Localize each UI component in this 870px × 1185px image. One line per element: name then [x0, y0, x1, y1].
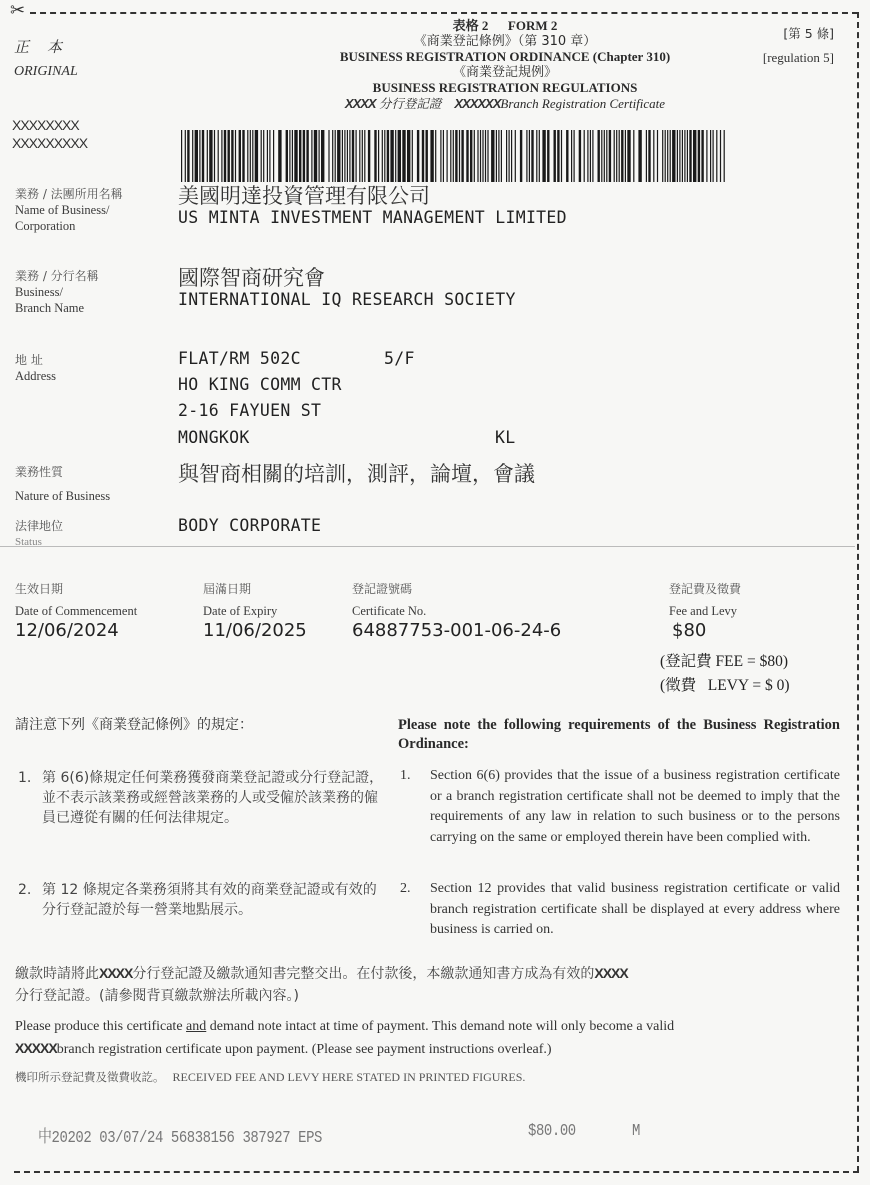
text: demand note intact at time of payment. T… [206, 1019, 677, 1034]
address-district: KL [495, 428, 515, 447]
certificate-number: 64887753-001-06-24-6 [352, 620, 561, 641]
note-number: 1. [400, 766, 411, 787]
certificate-type: XXXX 分行登記證 XXXXXXBranch Registration Cer… [280, 96, 730, 112]
label-en: Name of Business/ [15, 202, 123, 218]
branch-name-zh: 國際智商研究會 [178, 262, 325, 292]
label-zh: 地 址 [15, 352, 56, 368]
text: 分行登記證及繳款通知書完整交出。在付款後，本繳款通知書方成為有效的 [132, 966, 594, 982]
scissors-icon: ✂ [10, 0, 25, 20]
received-note: 機印所示登記費及徵費收訖。RECEIVED FEE AND LEVY HERE … [15, 1069, 525, 1085]
label-en: Business/ [15, 284, 99, 300]
cert-type-en: Branch Registration Certificate [500, 96, 665, 111]
form-header: 表格 2 FORM 2 《商業登記條例》（第 310 章） BUSINESS R… [280, 18, 730, 111]
label-en: Certificate No. [352, 600, 426, 622]
label-zh: 登記證號碼 [352, 578, 426, 600]
note-en-2: 2. Section 12 provides that valid busine… [400, 879, 840, 941]
address-line-1: FLAT/RM 502C [178, 349, 301, 368]
payment-note-en: Please produce this certificate and dema… [15, 1017, 845, 1060]
text: 繳款時請將此 [15, 966, 99, 982]
ordinance-zh: 《商業登記條例》（第 310 章） [280, 34, 730, 50]
branch-name-en: INTERNATIONAL IQ RESEARCH SOCIETY [178, 290, 516, 309]
note-text: Section 12 provides that valid business … [430, 879, 840, 941]
status-value: BODY CORPORATE [178, 516, 321, 535]
label-zh: 生效日期 [15, 578, 137, 600]
redacted-mark: XXXX [99, 965, 132, 981]
label-en: Address [15, 368, 56, 384]
note-zh-1: 1. 第 6(6)條規定任何業務獲發商業登記證或分行登記證，並不表示該業務或經營… [18, 768, 388, 828]
note-number: 2. [18, 880, 31, 900]
text-underlined: and [186, 1019, 206, 1034]
levy-line: (徵費 LEVY = $ 0) [660, 674, 790, 698]
label-en: Status [15, 534, 63, 550]
note-text: 第 6(6)條規定任何業務獲發商業登記證或分行登記證，並不表示該業務或經營該業務… [42, 768, 388, 828]
address-line-4: MONGKOK [178, 428, 250, 447]
receipt-stamp-code: 中20202 03/07/24 56838156 387927 EPS [38, 1122, 322, 1148]
regulations-zh: 《商業登記規例》 [280, 65, 730, 81]
redacted-mark: XXXX [345, 96, 376, 111]
copy-type-zh: 正本 [14, 36, 80, 57]
label-zh: 法律地位 [15, 518, 63, 534]
fee-total: $80 [672, 620, 706, 641]
fee-line: (登記費 FEE = $80) [660, 650, 790, 674]
note-text: 第 12 條規定各業務須將其有效的商業登記證或有效的分行登記證於每一營業地點展示… [42, 880, 388, 920]
section-divider [0, 546, 855, 547]
label-en: Date of Commencement [15, 600, 137, 622]
business-name-label: 業務 / 法團所用名稱 Name of Business/ Corporatio… [15, 186, 123, 234]
regulation-ref-en: [regulation 5] [763, 46, 834, 70]
fee-breakdown: (登記費 FEE = $80) (徵費 LEVY = $ 0) [660, 650, 790, 698]
commencement-label: 生效日期 Date of Commencement [15, 578, 137, 622]
redacted-code-2: XXXXXXXXX [12, 135, 87, 151]
redacted-mark: XXXX [594, 965, 627, 981]
cut-line-bottom [14, 1171, 859, 1173]
redacted-mark: XXXXX [15, 1040, 57, 1056]
note-zh-2: 2. 第 12 條規定各業務須將其有效的商業登記證或有效的分行登記證於每一營業地… [18, 880, 388, 920]
regulation-ref-zh: [第 5 條] [763, 22, 834, 46]
text: 分行登記證。(請參閱背頁繳款辦法所載內容。) [15, 988, 299, 1004]
commencement-date: 12/06/2024 [15, 620, 119, 641]
fee-label: 登記費及徵費 Fee and Levy [669, 578, 741, 622]
notes-heading-en: Please note the following requirements o… [398, 716, 840, 754]
redacted-mark: XXXXXX [454, 96, 500, 111]
label-zh: 業務性質 [15, 464, 110, 480]
barcode-icon [181, 130, 728, 182]
business-name-zh: 美國明達投資管理有限公司 [178, 180, 430, 210]
regulation-reference: [第 5 條] [regulation 5] [763, 22, 834, 70]
payment-note-zh: 繳款時請將此XXXX分行登記證及繳款通知書完整交出。在付款後，本繳款通知書方成為… [15, 962, 845, 1007]
cert-type-zh: 分行登記證 [379, 96, 442, 111]
expiry-label: 屆滿日期 Date of Expiry [203, 578, 277, 622]
text: Please produce this certificate [15, 1019, 186, 1034]
address-label: 地 址 Address [15, 352, 56, 384]
certificate-label: 登記證號碼 Certificate No. [352, 578, 426, 622]
note-number: 1. [18, 768, 31, 788]
cut-line-right [857, 12, 859, 1172]
label-en: Branch Name [15, 300, 99, 316]
redacted-code-1: XXXXXXXX [12, 117, 79, 133]
nature-of-business: 與智商相關的培訓，測評，論壇，會議 [178, 458, 535, 488]
copy-type-en: ORIGINAL [14, 64, 78, 80]
label-zh: 登記費及徵費 [669, 578, 741, 600]
label-en: Date of Expiry [203, 600, 277, 622]
address-line-2: HO KING COMM CTR [178, 375, 342, 394]
label-zh: 屆滿日期 [203, 578, 277, 600]
received-zh: 機印所示登記費及徵費收訖。 [15, 1070, 165, 1084]
note-text: Section 6(6) provides that the issue of … [430, 766, 840, 848]
notes-heading-zh: 請注意下列《商業登記條例》的規定： [15, 714, 253, 734]
note-number: 2. [400, 879, 411, 900]
form-number: 表格 2 FORM 2 [280, 18, 730, 34]
label-en: Corporation [15, 218, 123, 234]
address-line-3: 2-16 FAYUEN ST [178, 401, 321, 420]
expiry-date: 11/06/2025 [203, 620, 307, 641]
received-en: RECEIVED FEE AND LEVY HERE STATED IN PRI… [173, 1070, 526, 1084]
cut-line-top [30, 12, 858, 14]
ordinance-en: BUSINESS REGISTRATION ORDINANCE (Chapter… [280, 49, 730, 65]
nature-label: 業務性質 Nature of Business [15, 464, 110, 504]
label-en: Fee and Levy [669, 600, 741, 622]
receipt-stamp-mark: M [632, 1122, 640, 1141]
receipt-stamp-amount: $80.00 [528, 1122, 576, 1141]
note-en-1: 1. Section 6(6) provides that the issue … [400, 766, 840, 848]
branch-name-label: 業務 / 分行名稱 Business/ Branch Name [15, 268, 99, 316]
text: branch registration certificate upon pay… [57, 1042, 552, 1057]
address-floor: 5/F [384, 349, 415, 368]
regulations-en: BUSINESS REGISTRATION REGULATIONS [280, 80, 730, 96]
label-en: Nature of Business [15, 488, 110, 504]
business-name-en: US MINTA INVESTMENT MANAGEMENT LIMITED [178, 208, 567, 227]
label-zh: 業務 / 分行名稱 [15, 268, 99, 284]
label-zh: 業務 / 法團所用名稱 [15, 186, 123, 202]
